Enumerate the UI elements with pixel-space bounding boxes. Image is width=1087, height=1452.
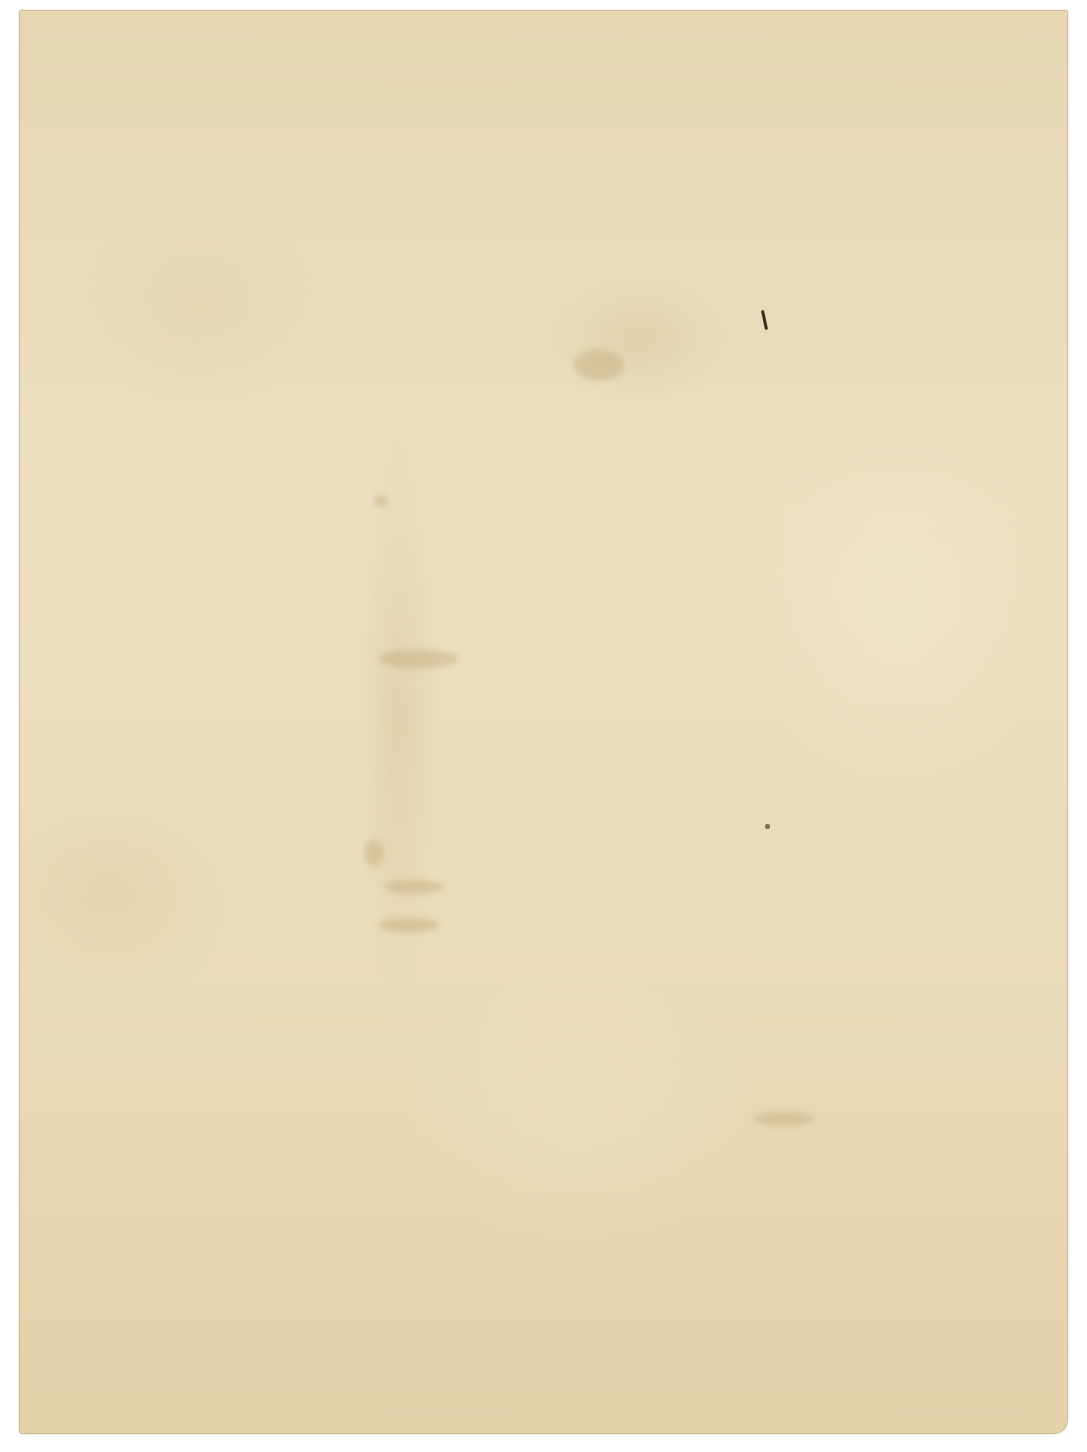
stain xyxy=(374,495,388,507)
stain xyxy=(384,880,444,894)
ink-speck xyxy=(765,824,770,829)
stain xyxy=(379,650,459,668)
stain xyxy=(379,918,439,932)
stain xyxy=(754,1112,814,1126)
aged-paper-sheet xyxy=(19,10,1068,1434)
stain xyxy=(364,840,384,866)
ink-speck xyxy=(761,310,768,330)
stain xyxy=(574,350,624,380)
